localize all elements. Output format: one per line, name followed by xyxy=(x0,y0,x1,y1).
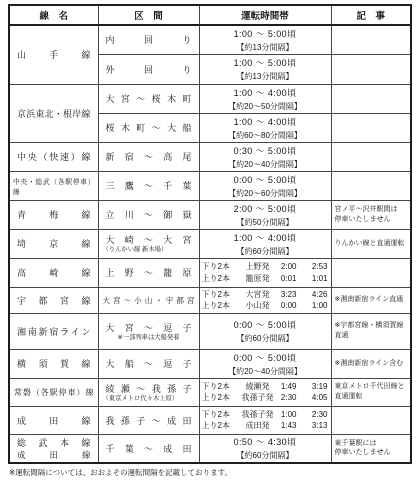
notes-cell: 東京メトロ千代田線と 直通運転 xyxy=(331,378,411,406)
time-interval: 【約13分間隔】 xyxy=(200,71,331,82)
section-cell: 大宮～小山・宇都宮 xyxy=(99,295,199,306)
row-joban-local: 常磐（各駅停車）線 綾瀬～我孫子 （東京メトロ代々木上原） 下り2本 綾瀬発 1… xyxy=(9,378,411,406)
header-section: 区 間 xyxy=(98,5,199,25)
timetable-page: { "header": { "line": "線 名", "section": … xyxy=(0,0,418,480)
time-interval: 【約20～40分間隔】 xyxy=(200,159,331,170)
schedule-time-2: 4:26 xyxy=(297,289,329,301)
notes-cell xyxy=(331,258,411,287)
header-notes: 記 事 xyxy=(331,5,411,25)
time-range: 1:00 ～ 4:00頃 xyxy=(200,231,331,244)
schedule-time-1: 2:00 xyxy=(281,261,297,273)
header-row: 線 名 区 間 運転時間帯 記 事 xyxy=(9,5,411,25)
time-range: 0:00 ～ 5:00頃 xyxy=(200,173,331,186)
header-operating-hours: 運転時間帯 xyxy=(199,5,331,25)
section-cell: 三鷹～千葉 xyxy=(99,179,199,192)
time-interval: 【約20～40分間隔】 xyxy=(200,366,331,377)
section-cell: 桜木町～大船 xyxy=(99,121,199,134)
row-chuo-rapid: 中央（快速）線 新宿～高尾 0:30 ～ 5:00頃 【約20～40分間隔】 xyxy=(9,142,411,171)
schedule-station: 小山発 xyxy=(235,300,281,312)
time-interval: 【約60分間隔】 xyxy=(200,333,331,344)
schedule-station: 籠原発 xyxy=(235,273,281,285)
schedule-station: 大宮発 xyxy=(235,289,281,301)
notes-cell xyxy=(331,406,411,434)
schedule-direction-label: 下り2本 xyxy=(202,409,235,421)
notes-cell xyxy=(331,142,411,171)
notes-cell: ※宇都宮線・横須賀線 直通 xyxy=(331,313,411,349)
schedule-time-1: 1:49 xyxy=(281,381,297,393)
line-cell-ome: 青梅線 xyxy=(9,200,98,229)
row-saikyo: 埼京線 大崎～大宮 （りんかい線 新木場） 1:00 ～ 4:00頃 【約60分… xyxy=(9,229,411,258)
schedule-time-1: 3:23 xyxy=(281,289,297,301)
time-range: 0:00 ～ 5:00頃 xyxy=(200,318,331,331)
row-narita-abiko: 成田線 我孫子～成田 下り2本 我孫子発 1:00 2:30 上り2本 成田発 … xyxy=(9,406,411,434)
row-chuo-sobu-local: 中央・総武（各駅停車）線 三鷹～千葉 0:00 ～ 5:00頃 【約20～60分… xyxy=(9,171,411,200)
schedule-direction-label: 上り2本 xyxy=(202,420,235,432)
row-yamanote-inner: 山手線 内回り 1:00 ～ 5:00頃 【約13分間隔】 xyxy=(9,25,411,54)
section-subnote: （東京メトロ代々木上原） xyxy=(99,396,199,402)
schedule-direction-label: 上り2本 xyxy=(202,300,235,312)
header-line-name: 線 名 xyxy=(9,5,98,25)
row-ome: 青梅線 立川～御嶽 2:00 ～ 5:00頃 【約50分間隔】 宮ノ平～沢井駅間… xyxy=(9,200,411,229)
line-cell-utsunomiya: 宇都宮線 xyxy=(9,287,98,313)
time-interval: 【約20～50分間隔】 xyxy=(200,101,331,112)
time-interval: 【約50分間隔】 xyxy=(200,217,331,228)
time-range: 2:00 ～ 5:00頃 xyxy=(200,202,331,215)
footnote: ※運転間隔については、おおよその運転間隔を記載しております。 xyxy=(9,467,418,478)
notes-cell xyxy=(331,54,411,84)
schedule-time-1: 1:43 xyxy=(281,420,297,432)
time-interval: 【約60～80分間隔】 xyxy=(200,130,331,141)
schedule-up-row: 上り2本 小山発 0:00 1:00 xyxy=(202,300,329,312)
schedule-up-row: 上り2本 我孫子発 2:30 4:05 xyxy=(202,392,329,404)
row-keihin-omiya-sakuragicho: 京浜東北・根岸線 大宮～桜木町 1:00 ～ 4:00頃 【約20～50分間隔】 xyxy=(9,84,411,113)
line-cell-sobu-narita: 総武本線 成田線 xyxy=(9,434,98,463)
schedule-time-2: 2:30 xyxy=(297,409,329,421)
line-cell-chuo-sobu: 中央・総武（各駅停車）線 xyxy=(9,171,98,200)
schedule-down-row: 下り2本 綾瀬発 1:49 3:19 xyxy=(202,381,329,393)
notes-cell: ※湘南新宿ライン含む xyxy=(331,349,411,378)
section-cell: 内回り xyxy=(99,33,199,46)
line-cell-takasaki: 高崎線 xyxy=(9,258,98,287)
schedule-direction-label: 上り2本 xyxy=(202,392,235,404)
schedule-direction-label: 下り2本 xyxy=(202,381,235,393)
schedule-time-2: 3:19 xyxy=(297,381,329,393)
notes-cell: 宮ノ平～沢井駅間は 停車いたしません xyxy=(331,200,411,229)
section-cell: 我孫子～成田 xyxy=(99,414,199,427)
line-name-2: 成田線 xyxy=(17,449,91,461)
time-range: 1:00 ～ 5:00頃 xyxy=(200,56,331,69)
schedule-down-row: 下り2本 我孫子発 1:00 2:30 xyxy=(202,409,329,421)
notes-cell xyxy=(331,171,411,200)
schedule-direction-label: 下り2本 xyxy=(202,289,235,301)
section-cell: 綾瀬～我孫子 xyxy=(99,382,199,395)
schedule-time-1: 0:01 xyxy=(281,273,297,285)
time-range: 1:00 ～ 4:00頃 xyxy=(200,86,331,99)
schedule-time-2: 2:53 xyxy=(297,261,329,273)
section-cell: 外回り xyxy=(99,63,199,76)
schedule-down-row: 下り2本 大宮発 3:23 4:26 xyxy=(202,289,329,301)
row-yokosuka: 横須賀線 大船～逗子 0:00 ～ 5:00頃 【約20～40分間隔】 ※湘南新… xyxy=(9,349,411,378)
section-cell: 大宮～逗子 xyxy=(99,321,199,334)
schedule-station: 我孫子発 xyxy=(235,392,281,404)
schedule-station: 成田発 xyxy=(235,420,281,432)
section-cell: 大船～逗子 xyxy=(99,357,199,370)
notes-cell: 東千葉駅には 停車いたしません xyxy=(331,434,411,463)
line-cell-narita: 成田線 xyxy=(9,406,98,434)
row-utsunomiya: 宇都宮線 大宮～小山・宇都宮 下り2本 大宮発 3:23 4:26 上り2本 小… xyxy=(9,287,411,313)
row-takasaki: 高崎線 上野～籠原 下り2本 上野発 2:00 2:53 上り2本 籠原発 0:… xyxy=(9,258,411,287)
time-range: 0:50 ～ 4:30頃 xyxy=(200,435,331,448)
section-subnote: ※一部列車は大船発着 xyxy=(99,335,199,341)
notes-cell: ※湘南新宿ライン直通 xyxy=(331,287,411,313)
line-cell-keihin-tohoku: 京浜東北・根岸線 xyxy=(9,84,98,142)
schedule-time-1: 2:30 xyxy=(281,392,297,404)
time-interval: 【約60分間隔】 xyxy=(200,246,331,257)
schedule-down-row: 下り2本 上野発 2:00 2:53 xyxy=(202,261,329,273)
line-cell-chuo-rapid: 中央（快速）線 xyxy=(9,142,98,171)
row-sobu-main-narita: 総武本線 成田線 千葉～成田 0:50 ～ 4:30頃 【約60分間隔】 東千葉… xyxy=(9,434,411,463)
schedule-station: 綾瀬発 xyxy=(235,381,281,393)
section-subnote: （りんかい線 新木場） xyxy=(99,247,199,253)
section-cell: 千葉～成田 xyxy=(99,442,199,455)
notes-cell: りんかい線と直通運転 xyxy=(331,229,411,258)
line-name-1: 総武本線 xyxy=(17,436,91,449)
notes-cell xyxy=(331,84,411,113)
time-range: 0:00 ～ 5:00頃 xyxy=(200,351,331,364)
schedule-direction-label: 上り2本 xyxy=(202,273,235,285)
section-cell: 立川～御嶽 xyxy=(99,208,199,221)
line-cell-yokosuka: 横須賀線 xyxy=(9,349,98,378)
section-cell: 大崎～大宮 xyxy=(99,233,199,246)
time-interval: 【約60分間隔】 xyxy=(200,450,331,461)
schedule-direction-label: 下り2本 xyxy=(202,261,235,273)
time-range: 0:30 ～ 5:00頃 xyxy=(200,144,331,157)
time-interval: 【約20～60分間隔】 xyxy=(200,188,331,199)
line-cell-shonan-shinjuku: 湘南新宿ライン xyxy=(9,313,98,349)
schedule-station: 我孫子発 xyxy=(235,409,281,421)
section-cell: 新宿～高尾 xyxy=(99,150,199,163)
train-timetable: 線 名 区 間 運転時間帯 記 事 山手線 内回り 1:00 ～ 5:00頃 【… xyxy=(8,4,412,464)
time-range: 1:00 ～ 5:00頃 xyxy=(200,27,331,40)
schedule-time-2: 1:00 xyxy=(297,300,329,312)
line-cell-yamanote: 山手線 xyxy=(9,25,98,84)
row-shonan-shinjuku: 湘南新宿ライン 大宮～逗子 ※一部列車は大船発着 0:00 ～ 5:00頃 【約… xyxy=(9,313,411,349)
line-cell-joban: 常磐（各駅停車）線 xyxy=(9,378,98,406)
schedule-station: 上野発 xyxy=(235,261,281,273)
notes-cell xyxy=(331,113,411,142)
schedule-up-row: 上り2本 成田発 1:43 3:13 xyxy=(202,420,329,432)
notes-cell xyxy=(331,25,411,54)
schedule-up-row: 上り2本 籠原発 0:01 1:01 xyxy=(202,273,329,285)
schedule-time-1: 1:00 xyxy=(281,409,297,421)
schedule-time-2: 1:01 xyxy=(297,273,329,285)
schedule-time-1: 0:00 xyxy=(281,300,297,312)
section-cell: 大宮～桜木町 xyxy=(99,92,199,105)
time-interval: 【約13分間隔】 xyxy=(200,42,331,53)
schedule-time-2: 4:05 xyxy=(297,392,329,404)
line-cell-saikyo: 埼京線 xyxy=(9,229,98,258)
schedule-time-2: 3:13 xyxy=(297,420,329,432)
section-cell: 上野～籠原 xyxy=(99,266,199,279)
time-range: 1:00 ～ 4:00頃 xyxy=(200,115,331,128)
